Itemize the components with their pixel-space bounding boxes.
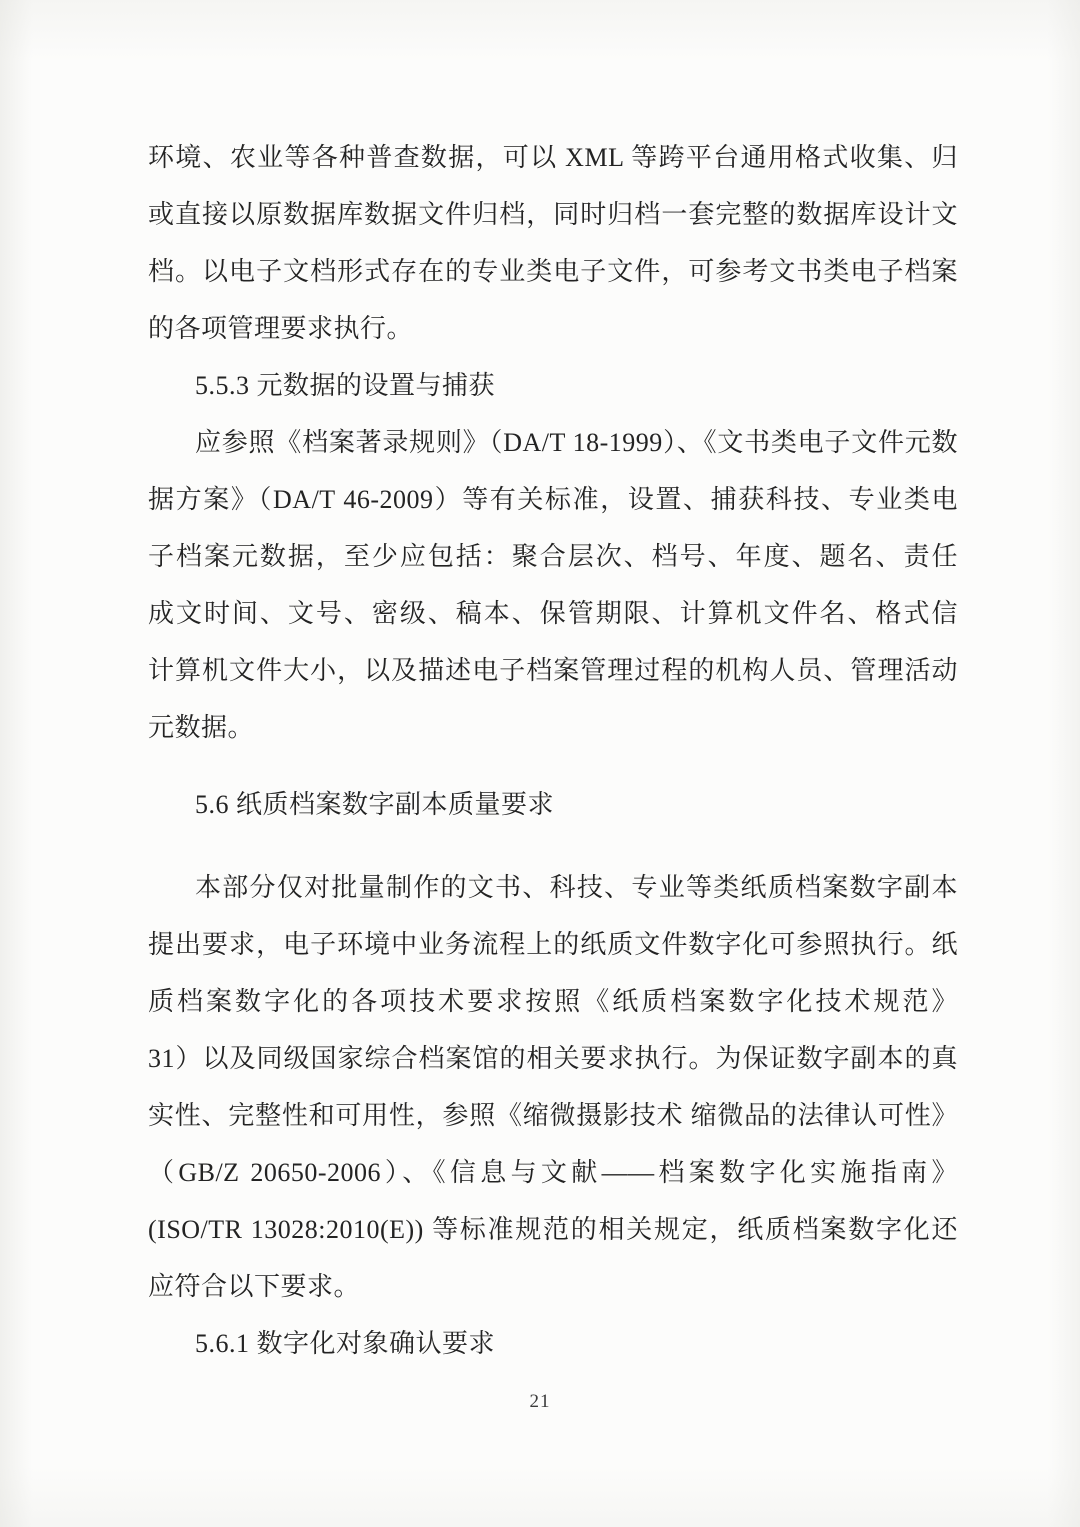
text-line: 本部分仅对批量制作的文书、科技、专业等类纸质档案数字副本 — [148, 859, 958, 916]
text-line: 实性、完整性和可用性，参照《缩微摄影技术 缩微品的法律认可性》 — [148, 1087, 958, 1144]
text-line: 元数据。 — [148, 699, 958, 756]
section-heading: 5.6 纸质档案数字副本质量要求 — [148, 776, 958, 833]
text-line: （GB/Z 20650-2006）、《信息与文献——档案数字化实施指南》 — [148, 1144, 958, 1201]
text-line: (ISO/TR 13028:2010(E)) 等标准规范的相关规定，纸质档案数字… — [148, 1201, 958, 1258]
text-line: 计算机文件大小，以及描述电子档案管理过程的机构人员、管理活动 — [148, 642, 958, 699]
text-line: 或直接以原数据库数据文件归档，同时归档一套完整的数据库设计文 — [148, 186, 958, 243]
text-line: 质档案数字化的各项技术要求按照《纸质档案数字化技术规范》(DA/T — [148, 973, 958, 1030]
paragraph: 本部分仅对批量制作的文书、科技、专业等类纸质档案数字副本提出要求，电子环境中业务… — [148, 859, 958, 1315]
text-line: 应参照《档案著录规则》（DA/T 18-1999）、《文书类电子文件元数 — [148, 414, 958, 471]
text-line: 31）以及同级国家综合档案馆的相关要求执行。为保证数字副本的真 — [148, 1030, 958, 1087]
text-line: 档。以电子文档形式存在的专业类电子文件，可参考文书类电子档案 — [148, 243, 958, 300]
paragraph: 应参照《档案著录规则》（DA/T 18-1999）、《文书类电子文件元数据方案》… — [148, 414, 958, 756]
page-number: 21 — [0, 1388, 1080, 1416]
text-line: 据方案》（DA/T 46-2009）等有关标准，设置、捕获科技、专业类电 — [148, 471, 958, 528]
text-line: 应符合以下要求。 — [148, 1258, 958, 1315]
text-line: 环境、农业等各种普查数据，可以 XML 等跨平台通用格式收集、归档， — [148, 129, 958, 186]
text-line: 子档案元数据，至少应包括：聚合层次、档号、年度、题名、责任者、 — [148, 528, 958, 585]
paragraph: 环境、农业等各种普查数据，可以 XML 等跨平台通用格式收集、归档，或直接以原数… — [148, 129, 958, 357]
document-body: 环境、农业等各种普查数据，可以 XML 等跨平台通用格式收集、归档，或直接以原数… — [148, 129, 958, 1372]
text-line: 提出要求，电子环境中业务流程上的纸质文件数字化可参照执行。纸 — [148, 916, 958, 973]
text-line: 成文时间、文号、密级、稿本、保管期限、计算机文件名、格式信息、 — [148, 585, 958, 642]
section-heading: 5.5.3 元数据的设置与捕获 — [148, 357, 958, 414]
scanned-document-page: 环境、农业等各种普查数据，可以 XML 等跨平台通用格式收集、归档，或直接以原数… — [0, 0, 1080, 1527]
text-line: 的各项管理要求执行。 — [148, 300, 958, 357]
section-heading: 5.6.1 数字化对象确认要求 — [148, 1315, 958, 1372]
